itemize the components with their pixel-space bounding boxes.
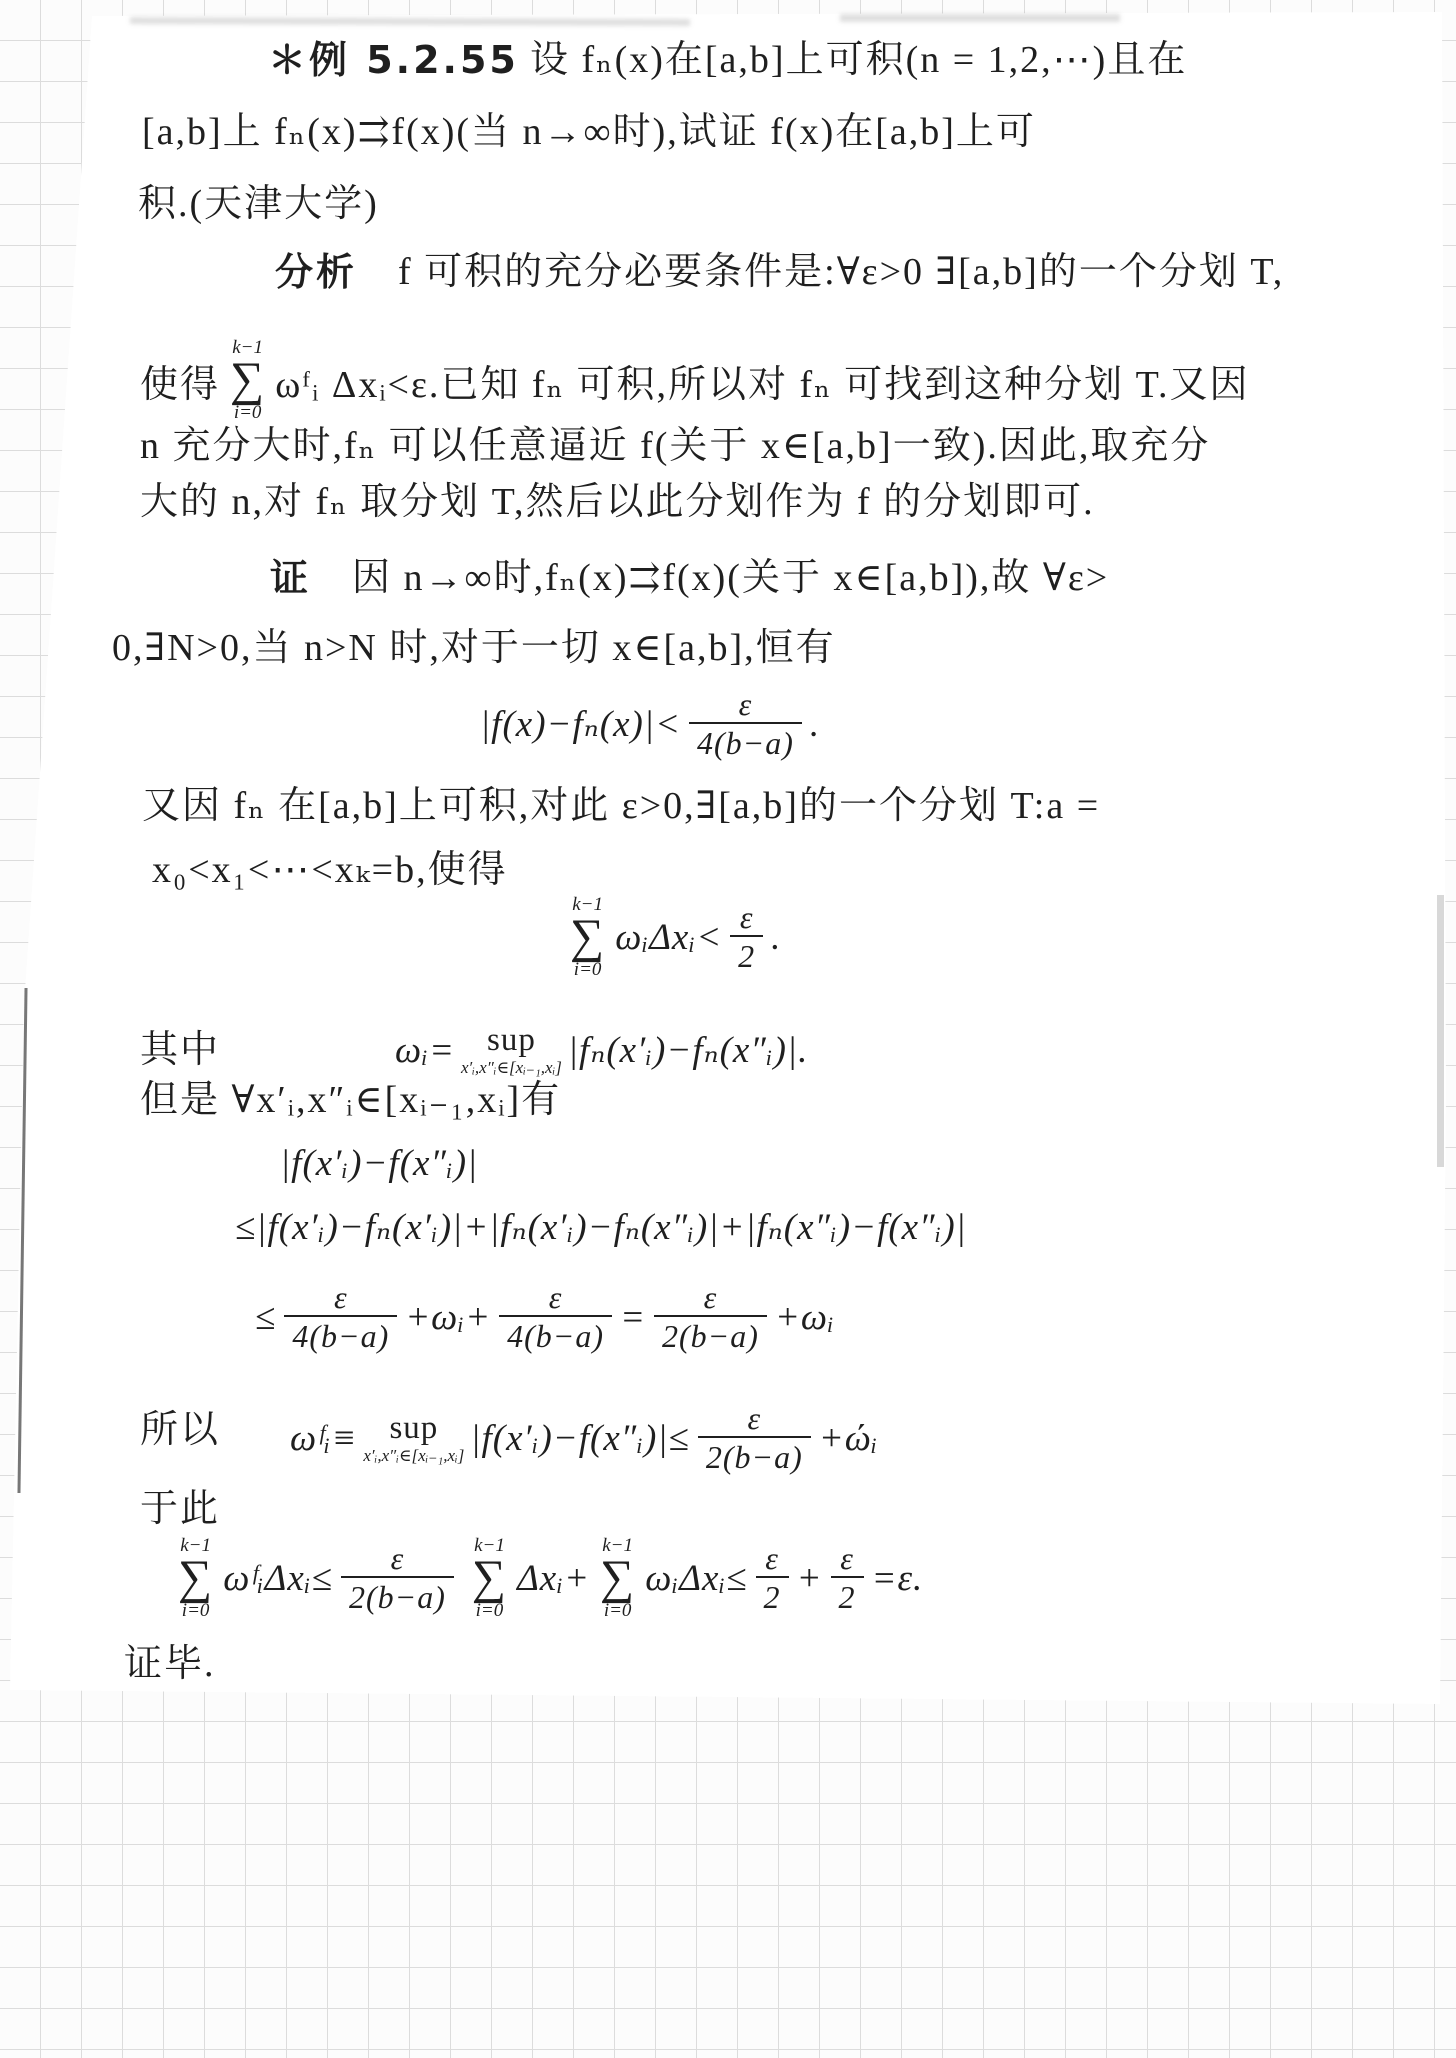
sum-symbol: k−1 ∑ i=0	[472, 1536, 507, 1620]
sigma-glyph: ∑	[600, 1555, 635, 1601]
eq2-period: .	[771, 916, 781, 959]
sigma-glyph: ∑	[178, 1555, 213, 1601]
sum-lower-limit: i=0	[234, 403, 262, 422]
eq6-den-1: 4(b−a)	[284, 1315, 397, 1354]
sup-operator: sup x′ᵢ,x″ᵢ∈[xᵢ₋₁,xᵢ]	[363, 1412, 464, 1464]
eq8-part-1: ωᶠᵢΔxᵢ≤	[223, 1557, 333, 1600]
sum-symbol: k−1 ∑ i=0	[600, 1536, 635, 1620]
eq6-fraction-2: ε 4(b−a)	[499, 1280, 612, 1354]
sum-lower-limit: i=0	[182, 1601, 210, 1620]
eq6-num-1: ε	[330, 1280, 352, 1315]
eq6-mid-1: +ωᵢ+	[405, 1296, 491, 1339]
problem-heading: ＊例 5.2.55	[268, 38, 519, 84]
page-fold-shadow	[1437, 895, 1444, 1167]
proof-line-5-label: 其中	[140, 1028, 220, 1074]
proof-line-3: 又因 fₙ 在[a,b]上可积,对此 ε>0,∃[a,b]的一个分划 T:a =	[142, 784, 1100, 830]
eq8-den-1: 2(b−a)	[341, 1576, 454, 1615]
eq6-mid-2: =	[620, 1296, 646, 1339]
equation-7: ωᶠᵢ≡ sup x′ᵢ,x″ᵢ∈[xᵢ₋₁,xᵢ] |f(x′ᵢ)−f(x″ᵢ…	[290, 1386, 878, 1490]
eq1-numerator: ε	[735, 687, 757, 722]
eq2-denominator: 2	[730, 935, 763, 974]
analysis-line-4: 大的 n,对 fₙ 取分划 T,然后以此分划作为 f 的分划即可.	[140, 480, 1095, 526]
analysis-heading: 分析	[275, 250, 357, 296]
eq8-den-3: 2	[831, 1576, 864, 1615]
eq8-num-2: ε	[761, 1541, 783, 1576]
analysis-line-2-rest: ωᶠᵢ Δxᵢ<ε.已知 fₙ 可积,所以对 fₙ 可找到这种分划 T.又因	[275, 353, 1249, 408]
sup-operator: sup x′ᵢ,x″ᵢ∈[xᵢ₋₁,xᵢ]	[461, 1024, 562, 1076]
sup-word: sup	[487, 1024, 536, 1057]
analysis-line-1: f 可积的充分必要条件是:∀ε>0 ∃[a,b]的一个分划 T,	[398, 250, 1284, 296]
proof-line-1: 因 n→∞时,fₙ(x)⇉f(x)(关于 x∈[a,b]),故 ∀ε>	[352, 556, 1109, 602]
eq7-mid: |f(x′ᵢ)−f(x″ᵢ)|≤	[470, 1417, 690, 1460]
eq7-denominator: 2(b−a)	[698, 1436, 811, 1475]
eq7-lhs: ωᶠᵢ≡	[290, 1417, 357, 1460]
eq8-part-3: ωᵢΔxᵢ≤	[645, 1557, 747, 1600]
sup-condition: x′ᵢ,x″ᵢ∈[xᵢ₋₁,xᵢ]	[363, 1447, 464, 1464]
eq8-fraction-1: ε 2(b−a)	[341, 1541, 454, 1615]
eq6-den-2: 4(b−a)	[499, 1315, 612, 1354]
eq6-leq: ≤	[255, 1296, 276, 1339]
equation-4: |f(x′ᵢ)−f(x″ᵢ)|	[280, 1142, 478, 1186]
eq8-num-3: ε	[836, 1541, 858, 1576]
eq6-den-3: 2(b−a)	[654, 1315, 767, 1354]
sup-condition: x′ᵢ,x″ᵢ∈[xᵢ₋₁,xᵢ]	[461, 1059, 562, 1076]
eq2-body: ωᵢΔxᵢ<	[615, 916, 722, 959]
eq7-numerator: ε	[744, 1401, 766, 1436]
eq6-tail: +ωᵢ	[775, 1296, 835, 1339]
sum-symbol: k−1 ∑ i=0	[178, 1536, 213, 1620]
eq6-num-3: ε	[700, 1280, 722, 1315]
sum-lower-limit: i=0	[574, 960, 602, 979]
scan-smudge	[840, 14, 1120, 22]
eq8-part-2: Δxᵢ+	[517, 1557, 590, 1600]
equation-1: |f(x)−fₙ(x)|< ε 4(b−a) .	[480, 678, 820, 770]
sup-word: sup	[389, 1412, 438, 1445]
eq3-rhs: |fₙ(x′ᵢ)−fₙ(x″ᵢ)|.	[568, 1028, 808, 1072]
problem-line-1: 设 fₙ(x)在[a,b]上可积(n = 1,2,⋯)且在	[530, 38, 1187, 84]
sum-symbol: k−1 ∑ i=0	[230, 338, 265, 422]
eq2-numerator: ε	[736, 900, 758, 935]
eq7-fraction: ε 2(b−a)	[698, 1401, 811, 1475]
eq6-fraction-1: ε 4(b−a)	[284, 1280, 397, 1354]
eq8-num-1: ε	[387, 1541, 409, 1576]
eq8-fraction-2: ε 2	[756, 1541, 789, 1615]
eq6-fraction-3: ε 2(b−a)	[654, 1280, 767, 1354]
eq2-fraction: ε 2	[730, 900, 763, 974]
proof-heading: 证	[270, 556, 311, 602]
sigma-glyph: ∑	[472, 1555, 507, 1601]
equation-8: k−1 ∑ i=0 ωᶠᵢΔxᵢ≤ ε 2(b−a) k−1 ∑ i=0 Δxᵢ…	[168, 1522, 923, 1634]
sum-symbol: k−1 ∑ i=0	[570, 895, 605, 979]
equation-5: ≤|f(x′ᵢ)−fₙ(x′ᵢ)|+|fₙ(x′ᵢ)−fₙ(x″ᵢ)|+|fₙ(…	[235, 1206, 967, 1250]
sigma-glyph: ∑	[230, 357, 265, 403]
sigma-glyph: ∑	[570, 914, 605, 960]
problem-line-2: [a,b]上 fₙ(x)⇉f(x)(当 n→∞时),试证 f(x)在[a,b]上…	[142, 110, 1036, 156]
eq1-lhs: |f(x)−fₙ(x)|<	[480, 702, 681, 746]
analysis-line-2-prefix: 使得	[140, 353, 220, 408]
eq7-tail: +ώᵢ	[819, 1417, 879, 1460]
eq8-den-2: 2	[756, 1576, 789, 1615]
problem-line-3: 积.(天津大学)	[138, 182, 379, 228]
sum-lower-limit: i=0	[604, 1601, 632, 1620]
proof-line-7-label: 所以	[140, 1408, 220, 1454]
eq8-fraction-3: ε 2	[831, 1541, 864, 1615]
analysis-line-3: n 充分大时,fₙ 可以任意逼近 f(关于 x∈[a,b]一致).因此,取充分	[140, 424, 1210, 470]
proof-line-4: x₀<x₁<⋯<xₖ=b,使得	[152, 848, 508, 894]
eq1-period: .	[810, 703, 820, 746]
proof-line-9: 证毕.	[124, 1642, 216, 1688]
eq6-num-2: ε	[545, 1280, 567, 1315]
eq1-denominator: 4(b−a)	[689, 722, 802, 761]
eq8-part-4: +	[797, 1557, 823, 1600]
sum-lower-limit: i=0	[476, 1601, 504, 1620]
eq1-fraction: ε 4(b−a)	[689, 687, 802, 761]
proof-line-2: 0,∃N>0,当 n>N 时,对于一切 x∈[a,b],恒有	[112, 626, 836, 672]
proof-line-6: 但是 ∀x′ᵢ,x″ᵢ∈[xᵢ₋₁,xᵢ]有	[140, 1078, 561, 1124]
equation-6: ≤ ε 4(b−a) +ωᵢ+ ε 4(b−a) = ε 2(b−a) +ωᵢ	[255, 1272, 835, 1362]
equation-2: k−1 ∑ i=0 ωᵢΔxᵢ< ε 2 .	[560, 888, 781, 986]
eq8-part-5: =ε.	[872, 1557, 924, 1600]
eq3-lhs: ωᵢ=	[395, 1029, 455, 1072]
